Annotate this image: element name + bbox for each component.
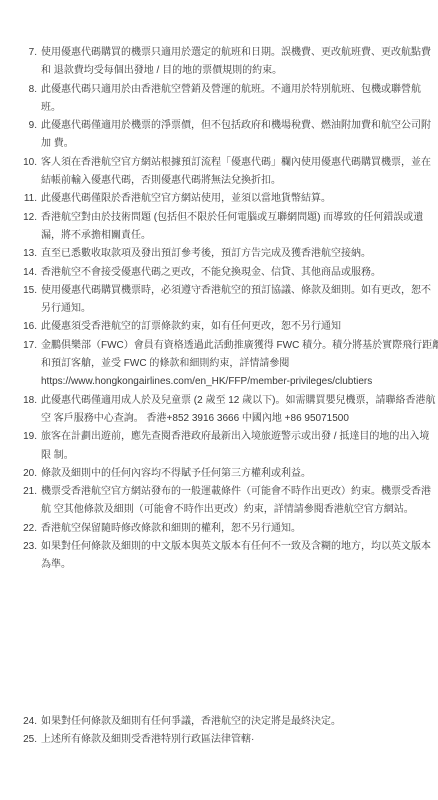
term-item-number: 15. [21,282,37,300]
term-item: 14.香港航空不會接受優惠代碼之更改，不能兌換現金、信貸、其他商品或服務。 [21,264,432,282]
term-line: 如果對任何條款及細則的中文版本與英文版本有任何不一致及含糊的地方，均以英文版本 [41,538,432,556]
term-item-text: 此優惠代碼僅適用成人於及兒童票 (2 歲至 12 歲以下)。如需購買嬰兒機票，請… [41,392,432,429]
term-line: 漏，將不承擔相關責任。 [41,227,432,245]
term-item-number: 11. [21,190,37,208]
term-item-text: 香港航空對由於技術問題 (包括但不限於任何電腦或互聯網問題) 而導致的任何錯誤或… [41,209,432,246]
term-line: 班。 [41,99,432,117]
term-line: 此優惠代碼只適用於由香港航空營銷及營運的航班。不適用於特別航班、包機或聯營航 [41,81,432,99]
term-item: 8.此優惠代碼只適用於由香港航空營銷及營運的航班。不適用於特別航班、包機或聯營航… [21,81,432,118]
term-item-number: 25. [21,731,37,749]
term-item-text: 香港航空不會接受優惠代碼之更改，不能兌換現金、信貸、其他商品或服務。 [41,264,432,282]
terms-section: 7.使用優惠代碼購買的機票只適用於選定的航班和日期。誤機費、更改航班費、更改航點… [21,44,432,575]
term-line: 旅客在計劃出遊前，應先查閱香港政府最新出入境旅遊警示或出發 / 抵達目的地的出入… [41,428,432,446]
term-item: 25.上述所有條款及細則受香港特別行政區法律管轄· [21,731,432,749]
term-line: 香港航空保留隨時修改條款和細則的權利，恕不另行通知。 [41,520,432,538]
term-item: 12.香港航空對由於技術問題 (包括但不限於任何電腦或互聯網問題) 而導致的任何… [21,209,432,246]
term-line: 此優惠代碼僅適用於機票的淨票價，但不包括政府和機場稅費、燃油附加費和航空公司附 [41,117,432,135]
term-item-text: 直至已悉數收取款項及發出預訂參考後，預訂方告完成及獲香港航空接納。 [41,245,432,263]
term-item-text: 客人須在香港航空官方網站根據預訂流程「優惠代碼」欄內使用優惠代碼購買機票，並在結… [41,154,432,191]
term-item-text: 此優惠代碼僅限於香港航空官方網站使用，並須以當地貨幣結算。 [41,190,432,208]
term-item-text: 金鵬俱樂部（FWC）會員有資格透過此活動推廣獲得 FWC 積分。積分將基於實際飛… [41,337,432,392]
term-line: 直至已悉數收取款項及發出預訂參考後，預訂方告完成及獲香港航空接納。 [41,245,432,263]
term-item-number: 9. [21,117,37,135]
term-item: 7.使用優惠代碼購買的機票只適用於選定的航班和日期。誤機費、更改航班費、更改航點… [21,44,432,81]
term-item-number: 23. [21,538,37,556]
term-line: 和預訂客艙，並受 FWC 的條款和細則約束，詳情請參閱 [41,355,432,373]
term-item-text: 香港航空保留隨時修改條款和細則的權利，恕不另行通知。 [41,520,432,538]
term-line: 此優惠代碼僅限於香港航空官方網站使用，並須以當地貨幣結算。 [41,190,432,208]
term-item: 22.香港航空保留隨時修改條款和細則的權利，恕不另行通知。 [21,520,432,538]
term-line: 金鵬俱樂部（FWC）會員有資格透過此活動推廣獲得 FWC 積分。積分將基於實際飛… [41,337,432,355]
term-item: 13.直至已悉數收取款項及發出預訂參考後，預訂方告完成及獲香港航空接納。 [21,245,432,263]
term-item-number: 19. [21,428,37,446]
term-item-text: 機票受香港航空官方網站發布的一般運載條件（可能會不時作出更改）約束。機票受香港航… [41,483,432,520]
term-item-number: 13. [21,245,37,263]
term-item-text: 上述所有條款及細則受香港特別行政區法律管轄· [41,731,432,749]
term-line: 此優惠代碼僅適用成人於及兒童票 (2 歲至 12 歲以下)。如需購買嬰兒機票，請… [41,392,432,410]
term-item: 20.條款及細則中的任何內容均不得賦予任何第三方權利或利益。 [21,465,432,483]
term-item: 17.金鵬俱樂部（FWC）會員有資格透過此活動推廣獲得 FWC 積分。積分將基於… [21,337,432,392]
term-line: 航 空其他條款及細則（可能會不時作出更改）約束，詳情請參閱香港航空官方網站。 [41,501,432,519]
term-item: 15.使用優惠代碼購買機票時，必須遵守香港航空的預訂協議、條款及細則。如有更改，… [21,282,432,319]
term-item-number: 14. [21,264,37,282]
term-item-number: 20. [21,465,37,483]
term-line: 香港航空對由於技術問題 (包括但不限於任何電腦或互聯網問題) 而導致的任何錯誤或… [41,209,432,227]
term-item-text: 此優惠代碼只適用於由香港航空營銷及營運的航班。不適用於特別航班、包機或聯營航班。 [41,81,432,118]
term-item-text: 使用優惠代碼購買機票時，必須遵守香港航空的預訂協議、條款及細則。如有更改，恕不另… [41,282,432,319]
term-item: 10.客人須在香港航空官方網站根據預訂流程「優惠代碼」欄內使用優惠代碼購買機票，… [21,154,432,191]
term-item-number: 24. [21,713,37,731]
term-item-number: 16. [21,318,37,336]
term-item: 11.此優惠代碼僅限於香港航空官方網站使用，並須以當地貨幣結算。 [21,190,432,208]
term-item-text: 條款及細則中的任何內容均不得賦予任何第三方權利或利益。 [41,465,432,483]
term-item-number: 10. [21,154,37,172]
term-item-number: 7. [21,44,37,62]
term-line: 結帳前輸入優惠代碼，否則優惠代碼將無法兌換折扣。 [41,172,432,190]
term-item: 9.此優惠代碼僅適用於機票的淨票價，但不包括政府和機場稅費、燃油附加費和航空公司… [21,117,432,154]
term-line: 使用優惠代碼購買機票時，必須遵守香港航空的預訂協議、條款及細則。如有更改，恕不 [41,282,432,300]
term-url-line: https://www.hongkongairlines.com/en_HK/F… [41,373,432,391]
term-item: 18.此優惠代碼僅適用成人於及兒童票 (2 歲至 12 歲以下)。如需購買嬰兒機… [21,392,432,429]
term-line: 機票受香港航空官方網站發布的一般運載條件（可能會不時作出更改）約束。機票受香港 [41,483,432,501]
term-line: 和 退款費均受每個出發地 / 目的地的票價規則的約束。 [41,62,432,80]
term-item: 19.旅客在計劃出遊前，應先查閱香港政府最新出入境旅遊警示或出發 / 抵達目的地… [21,428,432,465]
term-line: 上述所有條款及細則受香港特別行政區法律管轄· [41,731,432,749]
term-line: 使用優惠代碼購買的機票只適用於選定的航班和日期。誤機費、更改航班費、更改航點費 [41,44,432,62]
term-line: 為準。 [41,556,432,574]
term-line: 另行通知。 [41,300,432,318]
terms-section: 24.如果對任何條款及細則有任何爭議，香港航空的決定將是最終決定。25.上述所有… [21,713,432,750]
term-item: 23.如果對任何條款及細則的中文版本與英文版本有任何不一致及含糊的地方，均以英文… [21,538,432,575]
terms-document: 7.使用優惠代碼購買的機票只適用於選定的航班和日期。誤機費、更改航班費、更改航點… [0,0,438,749]
term-item-text: 使用優惠代碼購買的機票只適用於選定的航班和日期。誤機費、更改航班費、更改航點費和… [41,44,432,81]
term-line: 加 費。 [41,135,432,153]
term-item-number: 17. [21,337,37,355]
term-item-text: 此優惠須受香港航空的訂票條款約束，如有任何更改，恕不另行通知 [41,318,432,336]
term-item-number: 12. [21,209,37,227]
term-item-text: 如果對任何條款及細則的中文版本與英文版本有任何不一致及含糊的地方，均以英文版本為… [41,538,432,575]
term-line: 限 制。 [41,447,432,465]
term-item-number: 18. [21,392,37,410]
term-item-text: 旅客在計劃出遊前，應先查閱香港政府最新出入境旅遊警示或出發 / 抵達目的地的出入… [41,428,432,465]
term-item: 16.此優惠須受香港航空的訂票條款約束，如有任何更改，恕不另行通知 [21,318,432,336]
term-item: 24.如果對任何條款及細則有任何爭議，香港航空的決定將是最終決定。 [21,713,432,731]
term-line: 條款及細則中的任何內容均不得賦予任何第三方權利或利益。 [41,465,432,483]
term-item-text: 此優惠代碼僅適用於機票的淨票價，但不包括政府和機場稅費、燃油附加費和航空公司附加… [41,117,432,154]
term-item: 21.機票受香港航空官方網站發布的一般運載條件（可能會不時作出更改）約束。機票受… [21,483,432,520]
term-line: 香港航空不會接受優惠代碼之更改，不能兌換現金、信貸、其他商品或服務。 [41,264,432,282]
term-item-number: 21. [21,483,37,501]
term-line: 空 客戶服務中心查詢。 香港+852 3916 3666 中國內地 +86 95… [41,410,432,428]
term-line: 客人須在香港航空官方網站根據預訂流程「優惠代碼」欄內使用優惠代碼購買機票，並在 [41,154,432,172]
term-item-text: 如果對任何條款及細則有任何爭議，香港航空的決定將是最終決定。 [41,713,432,731]
term-item-number: 22. [21,520,37,538]
term-line: 如果對任何條款及細則有任何爭議，香港航空的決定將是最終決定。 [41,713,432,731]
term-item-number: 8. [21,81,37,99]
term-line: 此優惠須受香港航空的訂票條款約束，如有任何更改，恕不另行通知 [41,318,432,336]
